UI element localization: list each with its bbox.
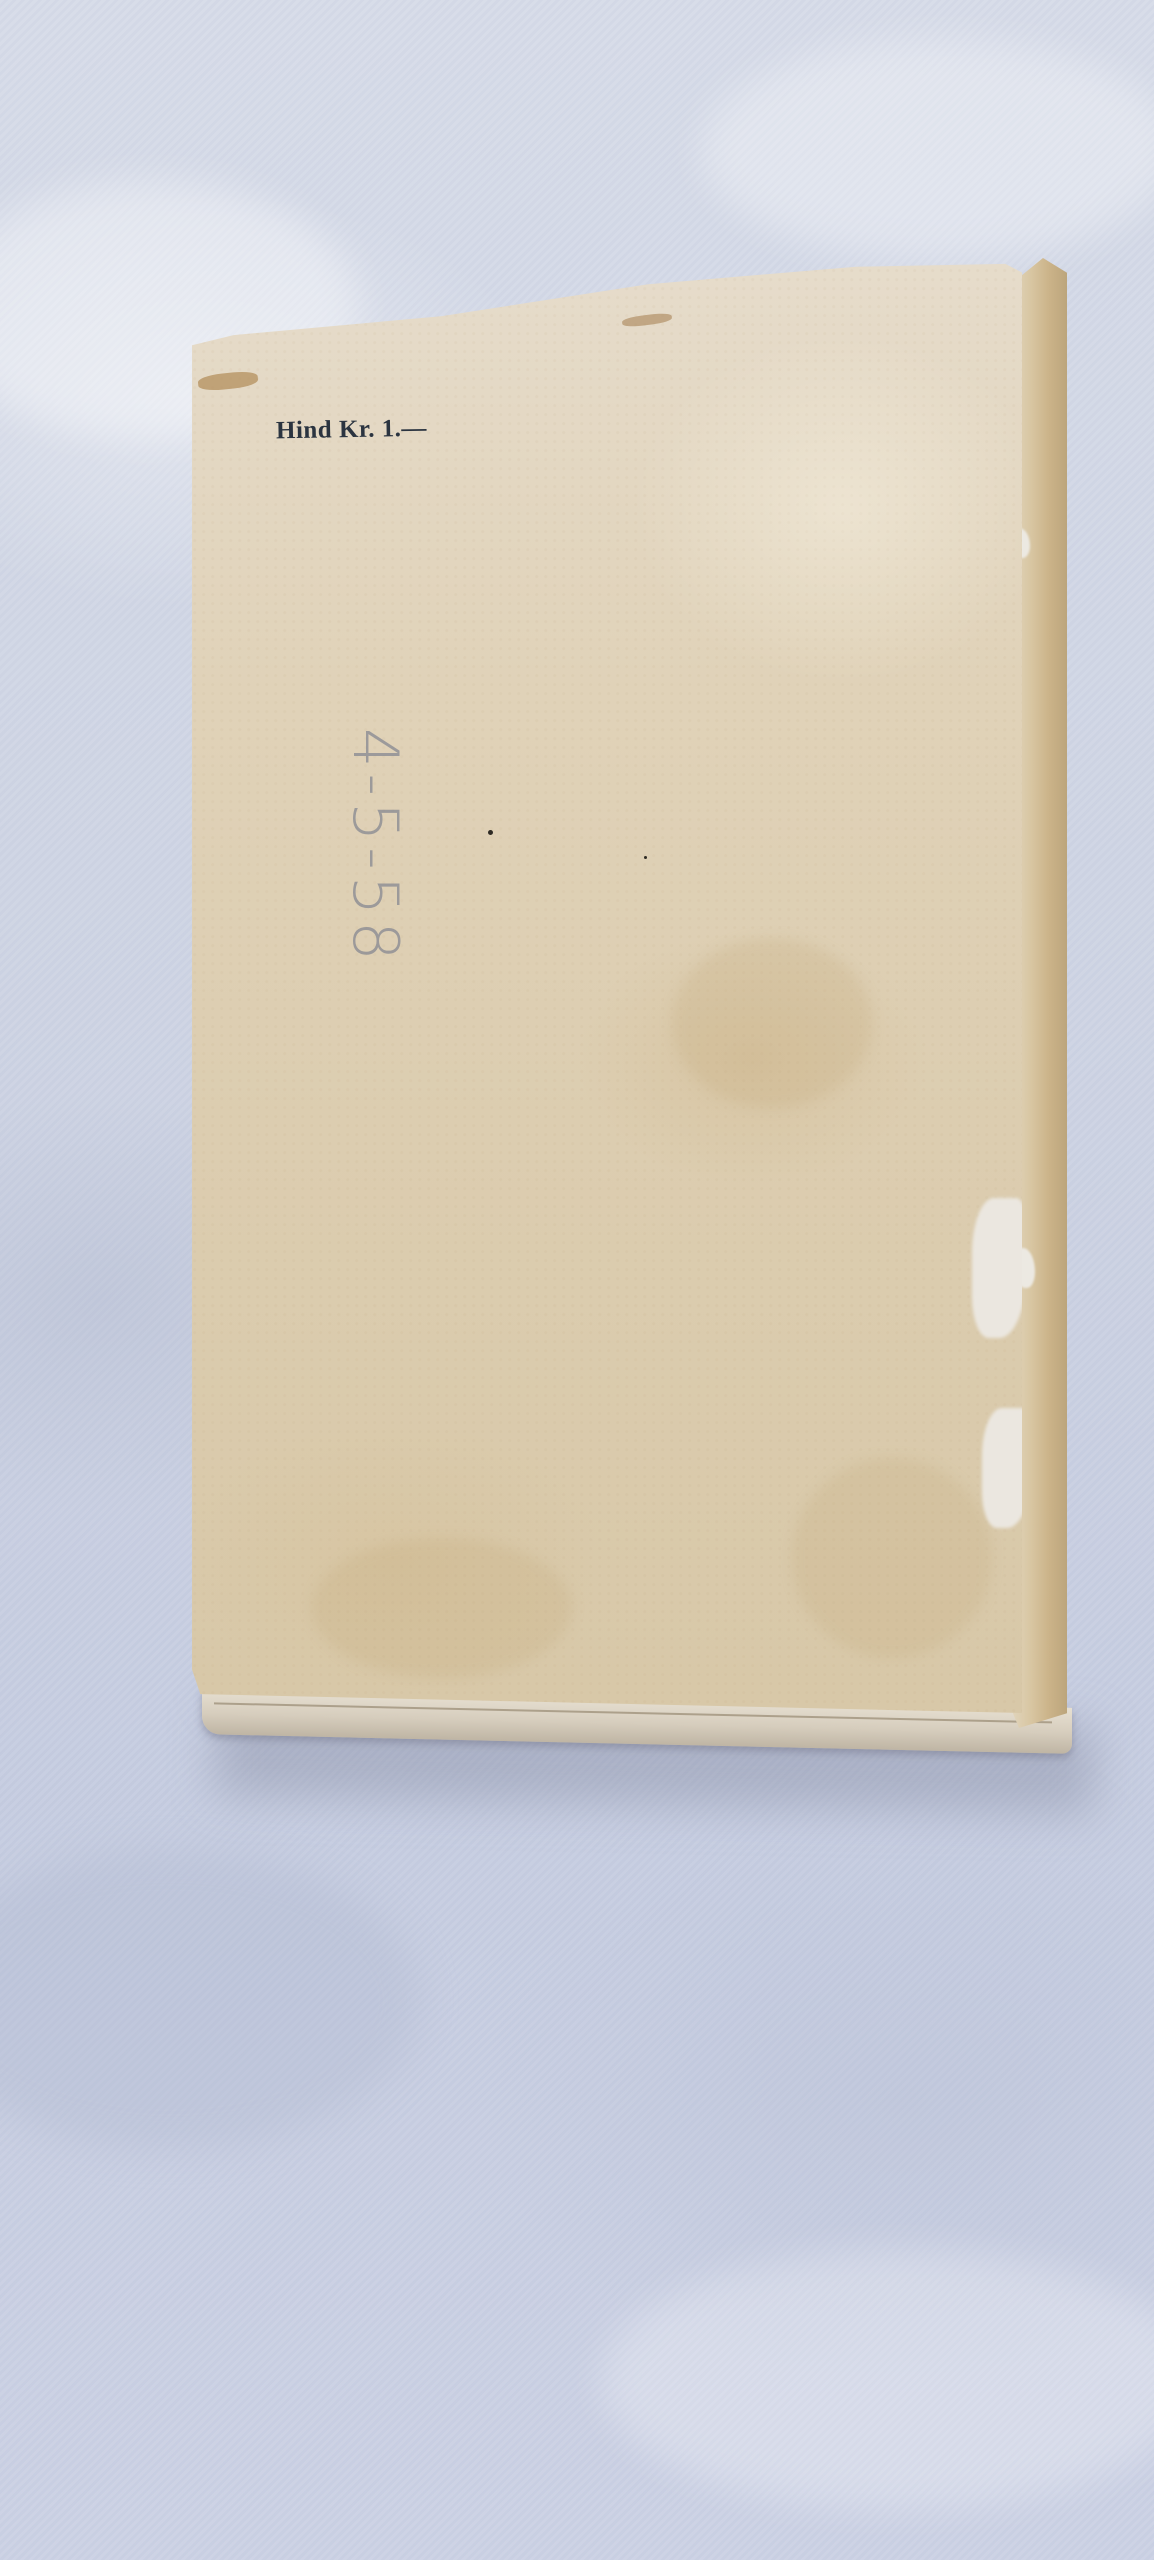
price-label: Hind Kr. 1.— bbox=[276, 415, 427, 446]
worn-patch bbox=[972, 1198, 1027, 1338]
fabric-fold bbox=[700, 40, 1154, 260]
cover-stain bbox=[312, 1538, 572, 1678]
cover-stain bbox=[672, 938, 872, 1108]
fabric-fold bbox=[600, 2250, 1154, 2510]
ink-speck bbox=[488, 830, 493, 835]
cover-stain bbox=[792, 1458, 992, 1658]
handwritten-pencil-note: 4-5-58 bbox=[339, 728, 412, 967]
cover-tear bbox=[197, 370, 258, 392]
fabric-fold bbox=[0, 1850, 420, 2150]
back-cover: Hind Kr. 1.— 4-5-58 bbox=[192, 258, 1022, 1713]
book: Hind Kr. 1.— 4-5-58 bbox=[192, 258, 1072, 1758]
ink-speck bbox=[644, 856, 647, 859]
cover-tear bbox=[622, 312, 673, 328]
